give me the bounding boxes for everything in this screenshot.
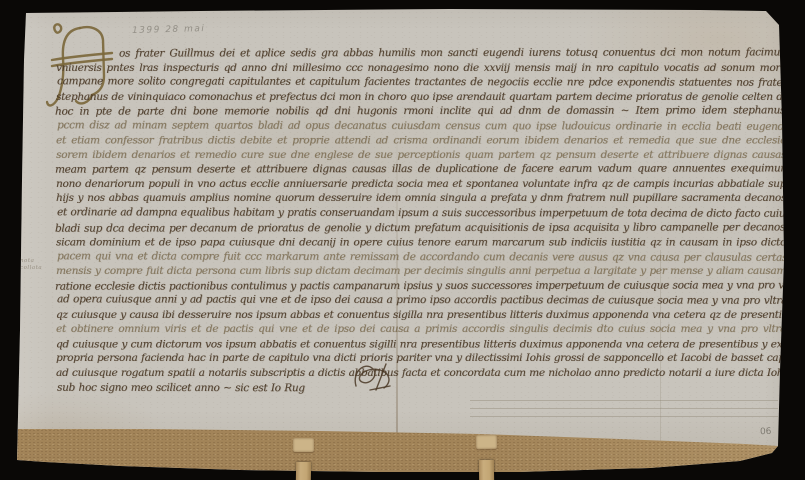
manuscript-line: vniuersis pntes lras inspecturis qd anno… <box>56 61 786 76</box>
manuscript-line: sicam dominium et de ipso papa cuiusque … <box>56 236 786 251</box>
parchment-sheet: 1399 28 mai notacollata os frater Guillm… <box>0 0 805 480</box>
seal-tag-slot-patch <box>476 435 497 449</box>
manuscript-line: sub hoc signo meo scilicet anno ~ sic es… <box>57 380 357 395</box>
manuscript-line: sorem ibidem denarios et remedio cure su… <box>56 148 786 163</box>
manuscript-line: qd cuiusque y cum dictorum vos ipsum abb… <box>56 337 786 352</box>
manuscript-line: mensis y compre fuit dicta persona cum l… <box>56 264 786 279</box>
corner-inventory-mark: 06 <box>760 427 772 437</box>
manuscript-line: qz cuiusque y causa ibi desseruire nos i… <box>56 308 786 323</box>
manuscript-line: et etiam confessor fratribus dictis debi… <box>56 134 786 149</box>
manuscript-line: campane more solito congregati capitulan… <box>57 74 787 90</box>
ruling-lines <box>470 400 778 426</box>
manuscript-line: et obtinere omnium viris et de pactis qu… <box>56 322 786 337</box>
manuscript-line: stephanus de vininquiaco comonachus et p… <box>56 90 786 105</box>
manuscript-line: bladi sup dca decima per decanum de prio… <box>55 220 785 236</box>
text-lines: os frater Guillmus dei et aplice sedis g… <box>56 46 786 395</box>
pencil-date-note: 1399 28 mai <box>132 24 206 36</box>
seal-tag <box>479 460 494 480</box>
notary-sign-icon <box>350 360 400 394</box>
manuscript-line: ad cuiusque rogatum spatii a notariis su… <box>56 366 786 381</box>
seal-tag <box>296 462 311 480</box>
seal-tag-slot-patch <box>293 438 314 452</box>
manuscript-line: ad opera cuiusque anni y ad pactis qui v… <box>57 293 787 309</box>
manuscript-line: hijs y nos abbas quamuis amplius nomine … <box>56 191 786 206</box>
manuscript-line: propria persona facienda hac in parte de… <box>56 351 786 366</box>
manuscript-line: nono denariorum populi in vno actus eccl… <box>56 177 786 192</box>
manuscript-scan: 1399 28 mai notacollata os frater Guillm… <box>0 0 805 480</box>
manuscript-line: et ordinarie ad dampna equalibus habitam… <box>57 205 787 221</box>
manuscript-line: hoc in pte de parte dni bone memorie nob… <box>55 104 785 120</box>
manuscript-line: os frater Guillmus dei et aplice sedis g… <box>55 45 785 61</box>
manuscript-line: pccm disz ad minam septem quartos bladi … <box>57 118 787 134</box>
manuscript-line: pacem qui vna et dicta compre fuit ccc m… <box>57 249 787 265</box>
manuscript-line: meam partem qz pensum deserte et attribu… <box>55 162 785 178</box>
